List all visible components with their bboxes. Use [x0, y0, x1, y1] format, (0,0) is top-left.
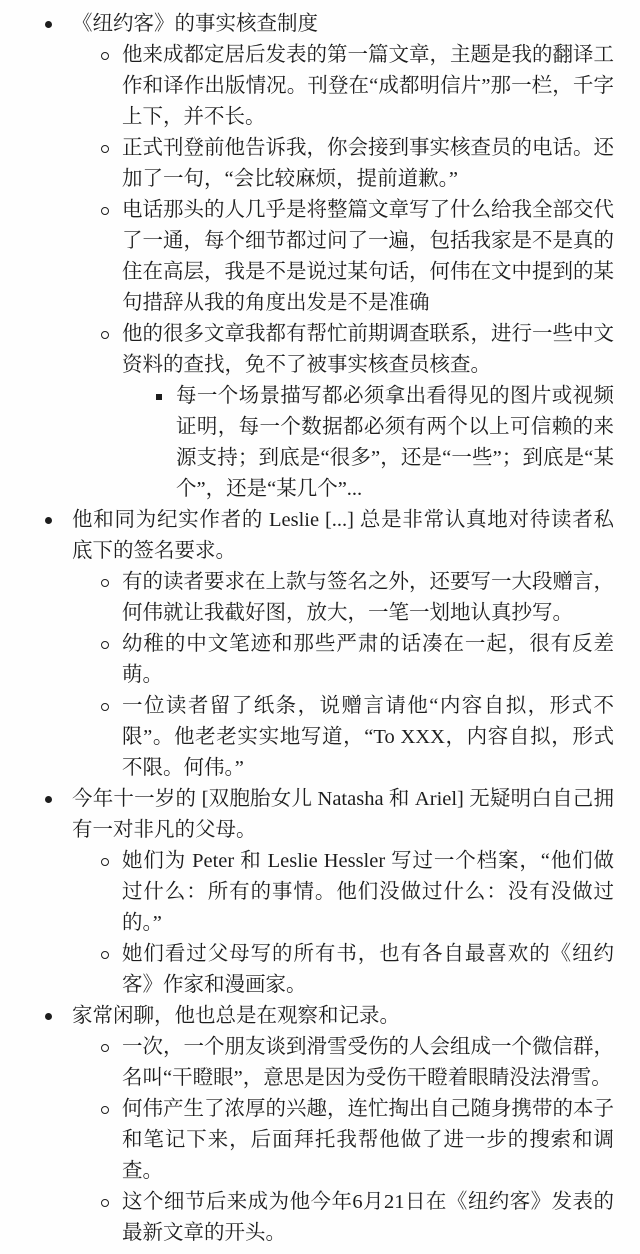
- bullet-circle-icon: [101, 641, 109, 649]
- list-item: 今年十一岁的 [双胞胎女儿 Natasha 和 Ariel] 无疑明白自己拥有一…: [0, 784, 614, 846]
- bullet-disc-icon: [45, 517, 52, 524]
- list-item: 有的读者要求在上款与签名之外，还要写一大段赠言，何伟就让我截好图，放大，一笔一划…: [0, 567, 614, 629]
- list-item-text: 正式刊登前他告诉我，你会接到事实核查员的电话。还加了一句，“会比较麻烦，提前道歉…: [122, 133, 614, 195]
- list-item: 正式刊登前他告诉我，你会接到事实核查员的电话。还加了一句，“会比较麻烦，提前道歉…: [0, 133, 614, 195]
- bullet-circle-icon: [101, 145, 109, 153]
- list-item: 他来成都定居后发表的第一篇文章，主题是我的翻译工作和译作出版情况。刊登在“成都明…: [0, 40, 614, 133]
- list-item: 电话那头的人几乎是将整篇文章写了什么给我全部交代了一通，每个细节都过问了一遍，包…: [0, 195, 614, 319]
- list-item-text: 《纽约客》的事实核查制度: [72, 9, 614, 40]
- list-item: 一次，一个朋友谈到滑雪受伤的人会组成一个微信群，名叫“干瞪眼”，意思是因为受伤干…: [0, 1032, 614, 1094]
- bullet-disc-icon: [45, 21, 52, 28]
- list-item-text: 一次，一个朋友谈到滑雪受伤的人会组成一个微信群，名叫“干瞪眼”，意思是因为受伤干…: [122, 1032, 614, 1094]
- list-item-text: 电话那头的人几乎是将整篇文章写了什么给我全部交代了一通，每个细节都过问了一遍，包…: [122, 195, 614, 319]
- list-item-text: 何伟产生了浓厚的兴趣，连忙掏出自己随身携带的本子和笔记下来，后面拜托我帮他做了进…: [122, 1094, 614, 1187]
- list-item-text: 他来成都定居后发表的第一篇文章，主题是我的翻译工作和译作出版情况。刊登在“成都明…: [122, 40, 614, 133]
- list-item: 她们看过父母写的所有书，也有各自最喜欢的《纽约客》作家和漫画家。: [0, 939, 614, 1001]
- list-item-text: 这个细节后来成为他今年6月21日在《纽约客》发表的最新文章的开头。: [122, 1187, 614, 1249]
- list-item: 她们为 Peter 和 Leslie Hessler 写过一个档案，“他们做过什…: [0, 846, 614, 939]
- list-item-text: 今年十一岁的 [双胞胎女儿 Natasha 和 Ariel] 无疑明白自己拥有一…: [72, 784, 614, 846]
- notes-document: 《纽约客》的事实核查制度 他来成都定居后发表的第一篇文章，主题是我的翻译工作和译…: [0, 0, 640, 1249]
- bullet-disc-icon: [45, 796, 52, 803]
- bullet-circle-icon: [101, 1106, 109, 1114]
- bullet-circle-icon: [101, 1044, 109, 1052]
- bullet-circle-icon: [101, 579, 109, 587]
- list-item: 一位读者留了纸条，说赠言请他“内容自拟，形式不限”。他老老实实地写道，“To X…: [0, 691, 614, 784]
- list-item-text: 他的很多文章我都有帮忙前期调查联系，进行一些中文资料的查找，免不了被事实核查员核…: [122, 319, 614, 381]
- list-item: 每一个场景描写都必须拿出看得见的图片或视频证明，每一个数据都必须有两个以上可信赖…: [0, 381, 614, 505]
- bullet-circle-icon: [101, 331, 109, 339]
- list-item-text: 每一个场景描写都必须拿出看得见的图片或视频证明，每一个数据都必须有两个以上可信赖…: [176, 381, 614, 505]
- bullet-circle-icon: [101, 858, 109, 866]
- bullet-circle-icon: [101, 52, 109, 60]
- list-item-text: 他和同为纪实作者的 Leslie [...] 总是非常认真地对待读者私底下的签名…: [72, 505, 614, 567]
- list-item-text: 她们为 Peter 和 Leslie Hessler 写过一个档案，“他们做过什…: [122, 846, 614, 939]
- list-item-text: 家常闲聊，他也总是在观察和记录。: [72, 1001, 614, 1032]
- list-item: 《纽约客》的事实核查制度: [0, 9, 614, 40]
- list-item: 幼稚的中文笔迹和那些严肃的话凑在一起，很有反差萌。: [0, 629, 614, 691]
- bullet-circle-icon: [101, 1199, 109, 1207]
- list-item-text: 幼稚的中文笔迹和那些严肃的话凑在一起，很有反差萌。: [122, 629, 614, 691]
- bullet-square-icon: [156, 394, 162, 400]
- list-item: 这个细节后来成为他今年6月21日在《纽约客》发表的最新文章的开头。: [0, 1187, 614, 1249]
- list-item-text: 她们看过父母写的所有书，也有各自最喜欢的《纽约客》作家和漫画家。: [122, 939, 614, 1001]
- list-item: 他和同为纪实作者的 Leslie [...] 总是非常认真地对待读者私底下的签名…: [0, 505, 614, 567]
- list-item: 家常闲聊，他也总是在观察和记录。: [0, 1001, 614, 1032]
- bullet-circle-icon: [101, 703, 109, 711]
- list-item-text: 有的读者要求在上款与签名之外，还要写一大段赠言，何伟就让我截好图，放大，一笔一划…: [122, 567, 614, 629]
- list-item: 他的很多文章我都有帮忙前期调查联系，进行一些中文资料的查找，免不了被事实核查员核…: [0, 319, 614, 381]
- bullet-disc-icon: [45, 1013, 52, 1020]
- bullet-circle-icon: [101, 951, 109, 959]
- list-item-text: 一位读者留了纸条，说赠言请他“内容自拟，形式不限”。他老老实实地写道，“To X…: [122, 691, 614, 784]
- list-item: 何伟产生了浓厚的兴趣，连忙掏出自己随身携带的本子和笔记下来，后面拜托我帮他做了进…: [0, 1094, 614, 1187]
- bullet-circle-icon: [101, 207, 109, 215]
